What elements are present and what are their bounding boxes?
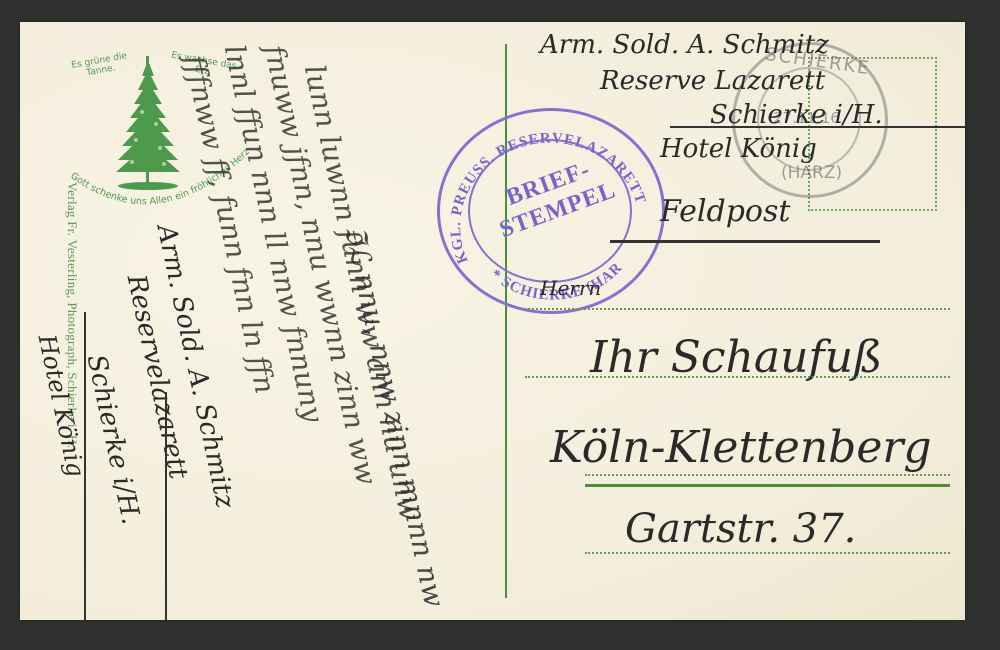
service-label: Feldpost [660, 194, 790, 229]
address-line-4 [585, 484, 950, 487]
message-line: Hotel König [33, 332, 90, 479]
postmark-region: (HARZ) [781, 163, 842, 183]
sender-line: Hotel König [660, 134, 817, 164]
sender-line: Reserve Lazarett [600, 66, 825, 96]
address-line-3 [585, 474, 950, 476]
address-line-5 [585, 552, 950, 554]
address-line-2 [525, 376, 950, 378]
underline-mark [84, 312, 86, 620]
recipient-street: Gartstr. 37. [625, 506, 856, 552]
message-line: Schierke i/H. [81, 352, 146, 527]
salutation: Herrn [540, 276, 601, 300]
feldpost-underline [610, 240, 880, 243]
underline-mark [165, 392, 167, 620]
postcard: Es grüne die Tanne. Es wachse das Erz Go… [20, 22, 965, 620]
sender-line: Arm. Sold. A. Schmitz [540, 30, 829, 60]
sender-underline [670, 126, 965, 128]
address-line-1 [525, 308, 950, 310]
recipient-city: Köln-Klettenberg [550, 422, 932, 473]
